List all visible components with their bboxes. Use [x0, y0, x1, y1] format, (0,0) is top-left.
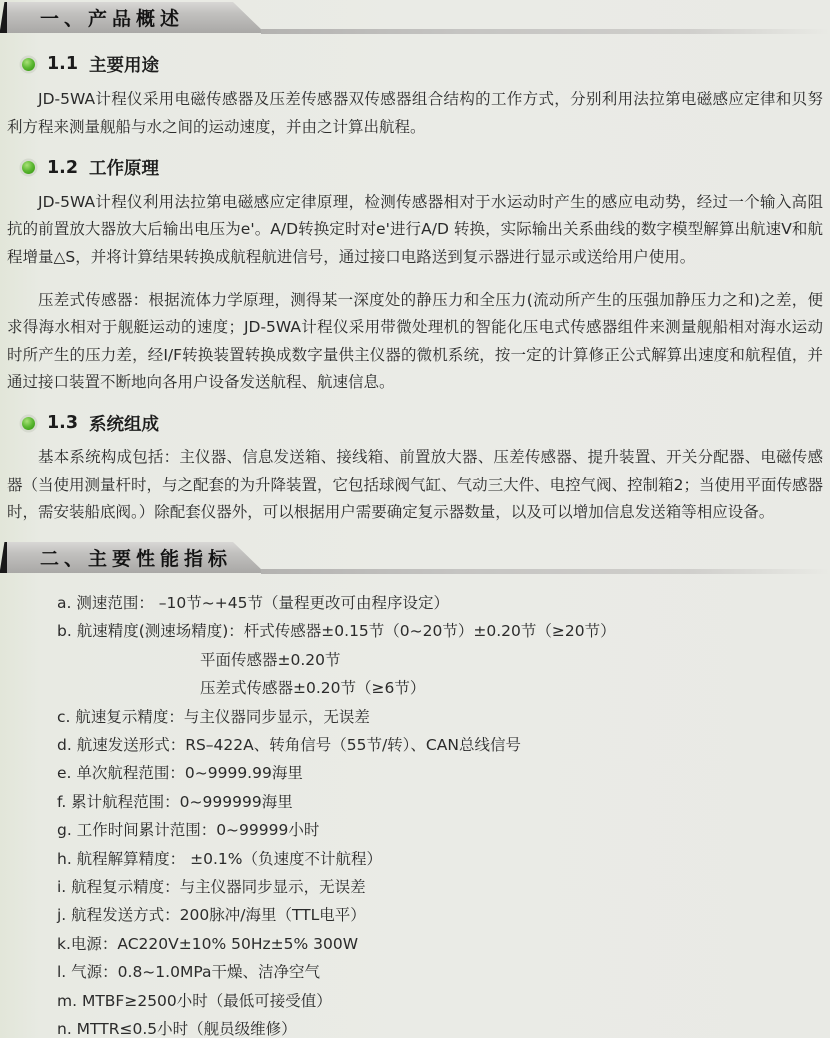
green-dot-icon: [22, 58, 35, 71]
spec-item-h: h. 航程解算精度： ±0.1%（负速度不计航程）: [57, 845, 830, 873]
spec-item-i: i. 航程复示精度：与主仪器同步显示，无误差: [57, 873, 830, 901]
banner-rule: [261, 29, 830, 34]
spec-item-b-cont: 压差式传感器±0.20节（≥6节）: [57, 674, 830, 702]
green-dot-icon: [22, 417, 35, 430]
spec-list: a. 测速范围： –10节~+45节（量程更改可由程序设定） b. 航速精度(测…: [0, 589, 830, 1038]
spec-item-b-cont: 平面传感器±0.20节: [57, 646, 830, 674]
section-1-banner: 一、产品概述: [0, 2, 830, 35]
spec-item-g: g. 工作时间累计范围：0~99999小时: [57, 816, 830, 844]
subsection-1-2-heading: 1.2 工作原理: [0, 157, 830, 179]
subsection-1-3-heading: 1.3 系统组成: [0, 412, 830, 434]
spec-item-c: c. 航速复示精度：与主仪器同步显示，无误差: [57, 703, 830, 731]
spec-item-k: k.电源：AC220V±10% 50Hz±5% 300W: [57, 930, 830, 958]
spec-item-j: j. 航程发送方式：200脉冲/海里（TTL电平）: [57, 901, 830, 929]
paragraph: 基本系统构成包括：主仪器、信息发送箱、接线箱、前置放大器、压差传感器、提升装置、…: [0, 444, 830, 527]
spec-item-f: f. 累计航程范围：0~999999海里: [57, 788, 830, 816]
subsection-title: 主要用途: [89, 52, 159, 77]
subsection-number: 1.2: [47, 158, 78, 178]
paragraph: JD-5WA计程仪采用电磁传感器及压差传感器双传感器组合结构的工作方式，分别利用…: [0, 86, 830, 141]
section-2-title: 二、主要性能指标: [40, 544, 232, 571]
section-2-banner: 二、主要性能指标: [0, 542, 830, 575]
green-dot-icon: [22, 161, 35, 174]
section-1-title: 一、产品概述: [40, 4, 184, 31]
subsection-number: 1.3: [47, 413, 78, 433]
paragraph: JD-5WA计程仪利用法拉第电磁感应定律原理，检测传感器相对于水运动时产生的感应…: [0, 189, 830, 272]
subsection-title: 工作原理: [89, 155, 159, 180]
spec-item-b: b. 航速精度(测速场精度)：杆式传感器±0.15节（0~20节）±0.20节（…: [57, 617, 830, 645]
section-1-banner-tab: 一、产品概述: [7, 2, 265, 33]
spec-item-n: n. MTTR≤0.5小时（舰员级维修）: [57, 1015, 830, 1038]
banner-rule: [261, 569, 830, 574]
spec-item-a: a. 测速范围： –10节~+45节（量程更改可由程序设定）: [57, 589, 830, 617]
spec-item-m: m. MTBF≥2500小时（最低可接受值）: [57, 987, 830, 1015]
section-2-banner-tab: 二、主要性能指标: [7, 542, 265, 573]
paragraph: 压差式传感器：根据流体力学原理，测得某一深度处的静压力和全压力(流动所产生的压强…: [0, 287, 830, 397]
subsection-1-1-heading: 1.1 主要用途: [0, 53, 830, 75]
document-page: 一、产品概述 1.1 主要用途 JD-5WA计程仪采用电磁传感器及压差传感器双传…: [0, 0, 830, 1038]
spec-item-e: e. 单次航程范围：0~9999.99海里: [57, 759, 830, 787]
subsection-number: 1.1: [47, 54, 78, 74]
spec-item-d: d. 航速发送形式：RS–422A、转角信号（55节/转）、CAN总线信号: [57, 731, 830, 759]
spec-item-l: l. 气源：0.8~1.0MPa干燥、洁净空气: [57, 958, 830, 986]
subsection-title: 系统组成: [89, 411, 159, 436]
